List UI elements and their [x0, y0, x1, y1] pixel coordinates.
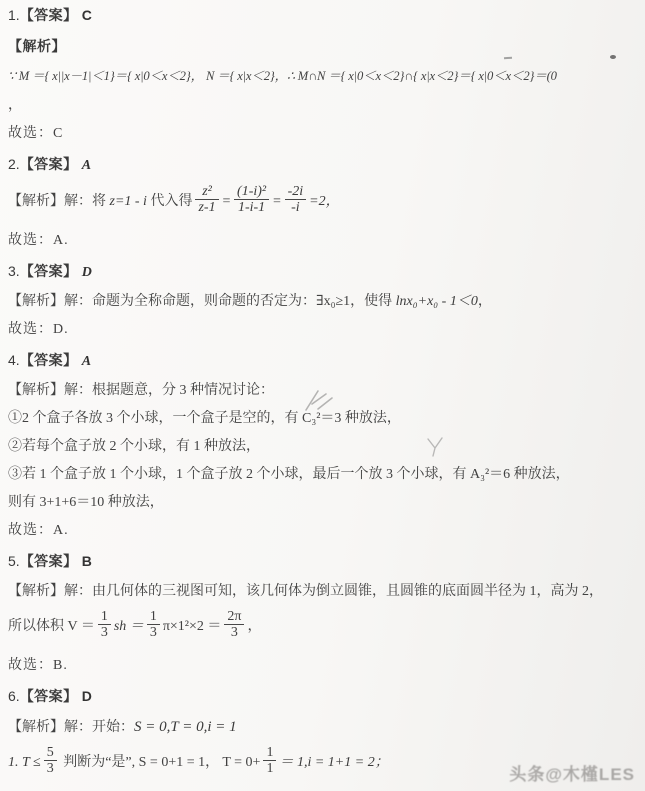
fraction-denominator: 1	[263, 760, 276, 776]
answer-letter: A	[82, 354, 91, 369]
fraction: (1-i)²1-i-1	[234, 184, 269, 216]
fraction-denominator: z-1	[195, 199, 218, 215]
question-number: 5.	[8, 553, 20, 569]
answer-label: 【答案】	[20, 263, 78, 279]
answer-header: 3.【答案】D	[8, 262, 641, 282]
volume-formula-line: 所以体积 V ＝13sh ＝13π×1²×2 ＝2π3，	[8, 611, 641, 643]
analysis-line: 【解析】解：命题为全称命题，则命题的否定为：∃x₀≥1，使得 lnx₀+x₀ -…	[8, 293, 641, 311]
fraction: 13	[98, 609, 111, 641]
fraction-denominator: 3	[98, 624, 111, 640]
answer-letter: A	[82, 158, 91, 173]
fraction: -2i-i	[285, 184, 307, 216]
fraction-denominator: 3	[44, 760, 57, 776]
equals-sign: =	[222, 194, 231, 209]
analysis-label: 【解析】	[8, 38, 66, 54]
answer-header: 1.【答案】C	[8, 6, 641, 26]
answer-label: 【答案】	[20, 553, 78, 569]
fraction-numerator: z²	[195, 184, 218, 199]
math-result: =2，	[309, 194, 339, 209]
answer-letter: D	[82, 688, 92, 704]
answer-label: 【答案】	[20, 352, 78, 368]
answer-header: 6.【答案】D	[8, 687, 641, 707]
answer-block-3: 3.【答案】D 【解析】解：命题为全称命题，则命题的否定为：∃x₀≥1，使得 l…	[8, 262, 641, 339]
fraction: 13	[147, 609, 160, 641]
math-init: S = 0,T = 0,i = 1	[134, 719, 237, 735]
analysis-text: 所以体积 V ＝	[8, 619, 95, 634]
analysis-line: 【解析】解：由几何体的三视图可知，该几何体为倒立圆锥，且圆锥的底面圆半径为 1，…	[8, 583, 641, 601]
analysis-text: 【解析】解：命题为全称命题，则命题的否定为：∃x₀≥1，使得	[8, 294, 396, 309]
math-negation: lnx₀+x₀ - 1＜0	[396, 294, 478, 309]
fraction-numerator: -2i	[285, 184, 307, 199]
fraction-numerator: 1	[98, 609, 111, 624]
question-number: 3.	[8, 263, 20, 279]
analysis-text: ，	[478, 294, 492, 309]
analysis-label-row: 【解析】	[8, 37, 641, 57]
question-number: 2.	[8, 156, 20, 172]
toutiao-watermark: 头条@木槿LES	[509, 760, 635, 785]
answer-block-2: 2.【答案】A 【解析】解：将 z=1 - i 代入得z²z-1=(1-i)²1…	[8, 155, 641, 250]
answer-block-4: 4.【答案】A 【解析】解：根据题意，分 3 种情况讨论： ①2 个盒子各放 3…	[8, 351, 641, 540]
fraction: 2π3	[224, 609, 244, 641]
math-text: 1. T ≤	[8, 755, 41, 770]
answer-block-5: 5.【答案】B 【解析】解：由几何体的三视图可知，该几何体为倒立圆锥，且圆锥的底…	[8, 552, 641, 675]
math-text: ，	[247, 619, 261, 634]
fraction-numerator: 1	[147, 609, 160, 624]
fraction: 53	[44, 745, 57, 777]
fraction-denominator: -i	[285, 199, 307, 215]
answer-header: 5.【答案】B	[8, 552, 641, 572]
continuation-comma: ，	[8, 97, 641, 115]
algorithm-init-line: 【解析】解：开始：S = 0,T = 0,i = 1	[8, 718, 641, 737]
answer-letter: C	[82, 7, 92, 23]
equals-sign: =	[272, 194, 281, 209]
step-text: 判断为“是”, S = 0+1 = 1， T = 0+	[60, 755, 261, 770]
answer-block-1: 1.【答案】C 【解析】 ∵ M ＝{ x||x－1|＜1}＝{ x|0＜x＜2…	[8, 6, 641, 143]
analysis-text: 【解析】解：将	[8, 194, 110, 209]
total-line: 则有 3+1+6＝10 种放法，	[8, 494, 641, 512]
math-substitution: z=1 - i	[110, 194, 147, 209]
math-text: π×1²×2 ＝	[163, 619, 222, 634]
question-number: 4.	[8, 352, 20, 368]
choice-line: 故选：C	[8, 125, 641, 143]
document-page: 1.【答案】C 【解析】 ∵ M ＝{ x||x－1|＜1}＝{ x|0＜x＜2…	[0, 0, 645, 791]
choice-line: 故选：A.	[8, 522, 641, 540]
analysis-intro: 【解析】解：根据题意，分 3 种情况讨论：	[8, 382, 641, 400]
choice-line: 故选：B.	[8, 657, 641, 675]
answer-letter: D	[82, 265, 92, 280]
fraction: z²z-1	[195, 184, 218, 216]
case-line-3: ③若 1 个盒子放 1 个小球，1 个盒子放 2 个小球，最后一个放 3 个小球…	[8, 466, 641, 484]
step-result: ＝ 1,i = 1+1 = 2；	[279, 755, 388, 770]
set-formula-line: ∵ M ＝{ x||x－1|＜1}＝{ x|0＜x＜2}， N ＝{ x|x＜2…	[8, 67, 641, 85]
fraction-denominator: 1-i-1	[234, 199, 269, 215]
case-line-1: ①2 个盒子各放 3 个小球，一个盒子是空的，有 C₃²＝3 种放法，	[8, 410, 641, 428]
complex-formula-line: 【解析】解：将 z=1 - i 代入得z²z-1=(1-i)²1-i-1=-2i…	[8, 186, 641, 218]
analysis-text: 代入得	[147, 194, 193, 209]
fraction-numerator: 2π	[224, 609, 244, 624]
answer-letter: B	[82, 553, 92, 569]
choice-line: 故选：A.	[8, 232, 641, 250]
answer-header: 4.【答案】A	[8, 351, 641, 371]
answer-label: 【答案】	[20, 688, 78, 704]
question-number: 1.	[8, 7, 20, 23]
fraction-denominator: 3	[224, 624, 244, 640]
fraction-numerator: 1	[263, 745, 276, 760]
fraction-denominator: 3	[147, 624, 160, 640]
fraction-numerator: 5	[44, 745, 57, 760]
case-line-2: ②若每个盒子放 2 个小球，有 1 种放法，	[8, 438, 641, 456]
answer-header: 2.【答案】A	[8, 155, 641, 175]
math-text: sh ＝	[114, 619, 144, 634]
answer-label: 【答案】	[20, 156, 78, 172]
fraction: 11	[263, 745, 276, 777]
answer-label: 【答案】	[20, 7, 78, 23]
question-number: 6.	[8, 688, 20, 704]
choice-line: 故选：D.	[8, 321, 641, 339]
analysis-text: 【解析】解：开始：	[8, 720, 134, 735]
fraction-numerator: (1-i)²	[234, 184, 269, 199]
